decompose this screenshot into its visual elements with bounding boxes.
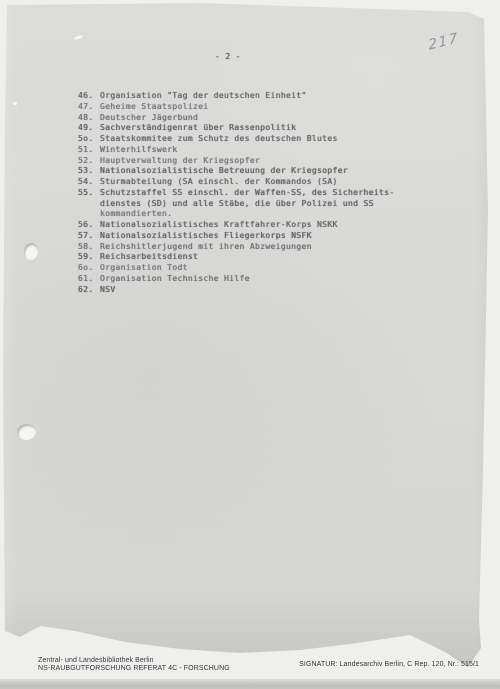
list-item-number: 49. <box>78 123 100 134</box>
list-row: dienstes (SD) und alle Stäbe, die über P… <box>78 199 395 210</box>
list-item-number: 47. <box>78 102 100 113</box>
list-item-text: Organisation Technische Hilfe <box>100 274 250 283</box>
list-item-text: Hauptverwaltung der Kriegsopfer <box>100 156 260 165</box>
list-item-number: 6o. <box>78 263 100 274</box>
list-item-text: Staatskommitee zum Schutz des deutschen … <box>100 134 338 143</box>
paper-speck <box>13 102 17 105</box>
list-item-number: 57. <box>78 231 100 242</box>
archive-signature: SIGNATUR: Landesarchiv Berlin, C Rep. 12… <box>299 661 479 668</box>
list-item-text: Schutzstaffel SS einschl. der Waffen-SS,… <box>100 188 395 197</box>
list-row: 61.Organisation Technische Hilfe <box>78 274 395 285</box>
list-item-text: Reichsarbeitsdienst <box>100 252 198 261</box>
list-item-text: Sachverständigenrat über Rassenpolitik <box>100 123 296 132</box>
list-item-text: Reichshitlerjugend mit ihren Abzweigunge… <box>100 242 312 251</box>
list-item-text: dienstes (SD) und alle Stäbe, die über P… <box>100 199 374 208</box>
list-item-text: Sturmabteilung (SA einschl. der Kommando… <box>100 177 338 186</box>
paper-scratch <box>74 35 83 41</box>
list-item-number: 59. <box>78 252 100 263</box>
list-row: 53.Nationalsozialistische Betreuung der … <box>78 166 395 177</box>
list-item-text: Nationalsozialistische Betreuung der Kri… <box>100 166 348 175</box>
scanned-document-page: - 2 - 217 46.Organisation "Tag der deuts… <box>0 0 500 689</box>
list-row: 6o.Organisation Todt <box>78 263 395 274</box>
list-item-text: Geheime Staatspolizei <box>100 102 209 111</box>
list-row: 56.Nationalsozialistisches Kraftfahrer-K… <box>78 220 395 231</box>
list-item-number: 55. <box>78 188 100 199</box>
list-item-number: 54. <box>78 177 100 188</box>
list-item-number: 51. <box>78 145 100 156</box>
punch-hole-top <box>23 242 39 261</box>
list-row: kommandierten. <box>78 209 395 220</box>
library-name: Zentral- und Landesbibliothek Berlin <box>38 657 230 665</box>
list-item-number: 62. <box>78 285 100 296</box>
list-item-number: 56. <box>78 220 100 231</box>
list-row: 62.NSV <box>78 285 395 296</box>
library-stamp: Zentral- und Landesbibliothek Berlin NS-… <box>38 657 230 672</box>
list-row: 54.Sturmabteilung (SA einschl. der Komma… <box>78 177 395 188</box>
list-item-text: Nationalsozialistisches Kraftfahrer-Korp… <box>100 220 338 229</box>
list-item-number: 5o. <box>78 134 100 145</box>
list-item-text: Deutscher Jägerbund <box>100 113 198 122</box>
list-item-number: 48. <box>78 113 100 124</box>
list-row: 46.Organisation "Tag der deutschen Einhe… <box>78 91 395 102</box>
list-item-text: NSV <box>100 285 116 294</box>
punch-hole-bottom <box>16 423 37 441</box>
list-item-number: 46. <box>78 91 100 102</box>
list-item-text: Organisation Todt <box>100 263 188 272</box>
library-department: NS-RAUBGUTFORSCHUNG REFERAT 4C - FORSCHU… <box>38 665 230 673</box>
list-row: 59.Reichsarbeitsdienst <box>78 252 395 263</box>
list-item-text: Organisation "Tag der deutschen Einheit" <box>100 91 307 100</box>
list-item-text: kommandierten. <box>100 209 172 218</box>
handwritten-folio-number: 217 <box>428 30 460 54</box>
scan-edge-strip <box>0 679 500 689</box>
list-row: 51.Winterhilfswerk <box>78 145 395 156</box>
list-row: 47.Geheime Staatspolizei <box>78 102 395 113</box>
list-item-number: 52. <box>78 156 100 167</box>
list-item-text: Nationalsozialistisches Fliegerkorps NSF… <box>100 231 312 240</box>
list-item-text: Winterhilfswerk <box>100 145 178 154</box>
list-row: 48.Deutscher Jägerbund <box>78 113 395 124</box>
list-item-number: 61. <box>78 274 100 285</box>
list-row: 52.Hauptverwaltung der Kriegsopfer <box>78 156 395 167</box>
list-row: 49.Sachverständigenrat über Rassenpoliti… <box>78 123 395 134</box>
list-item-number: 58. <box>78 242 100 253</box>
list-row: 58.Reichshitlerjugend mit ihren Abzweigu… <box>78 242 395 253</box>
page-number: - 2 - <box>215 52 241 61</box>
typed-list: 46.Organisation "Tag der deutschen Einhe… <box>78 91 395 295</box>
list-row: 5o.Staatskommitee zum Schutz des deutsch… <box>78 134 395 145</box>
list-item-number: 53. <box>78 166 100 177</box>
list-row: 55.Schutzstaffel SS einschl. der Waffen-… <box>78 188 395 199</box>
list-row: 57.Nationalsozialistisches Fliegerkorps … <box>78 231 395 242</box>
